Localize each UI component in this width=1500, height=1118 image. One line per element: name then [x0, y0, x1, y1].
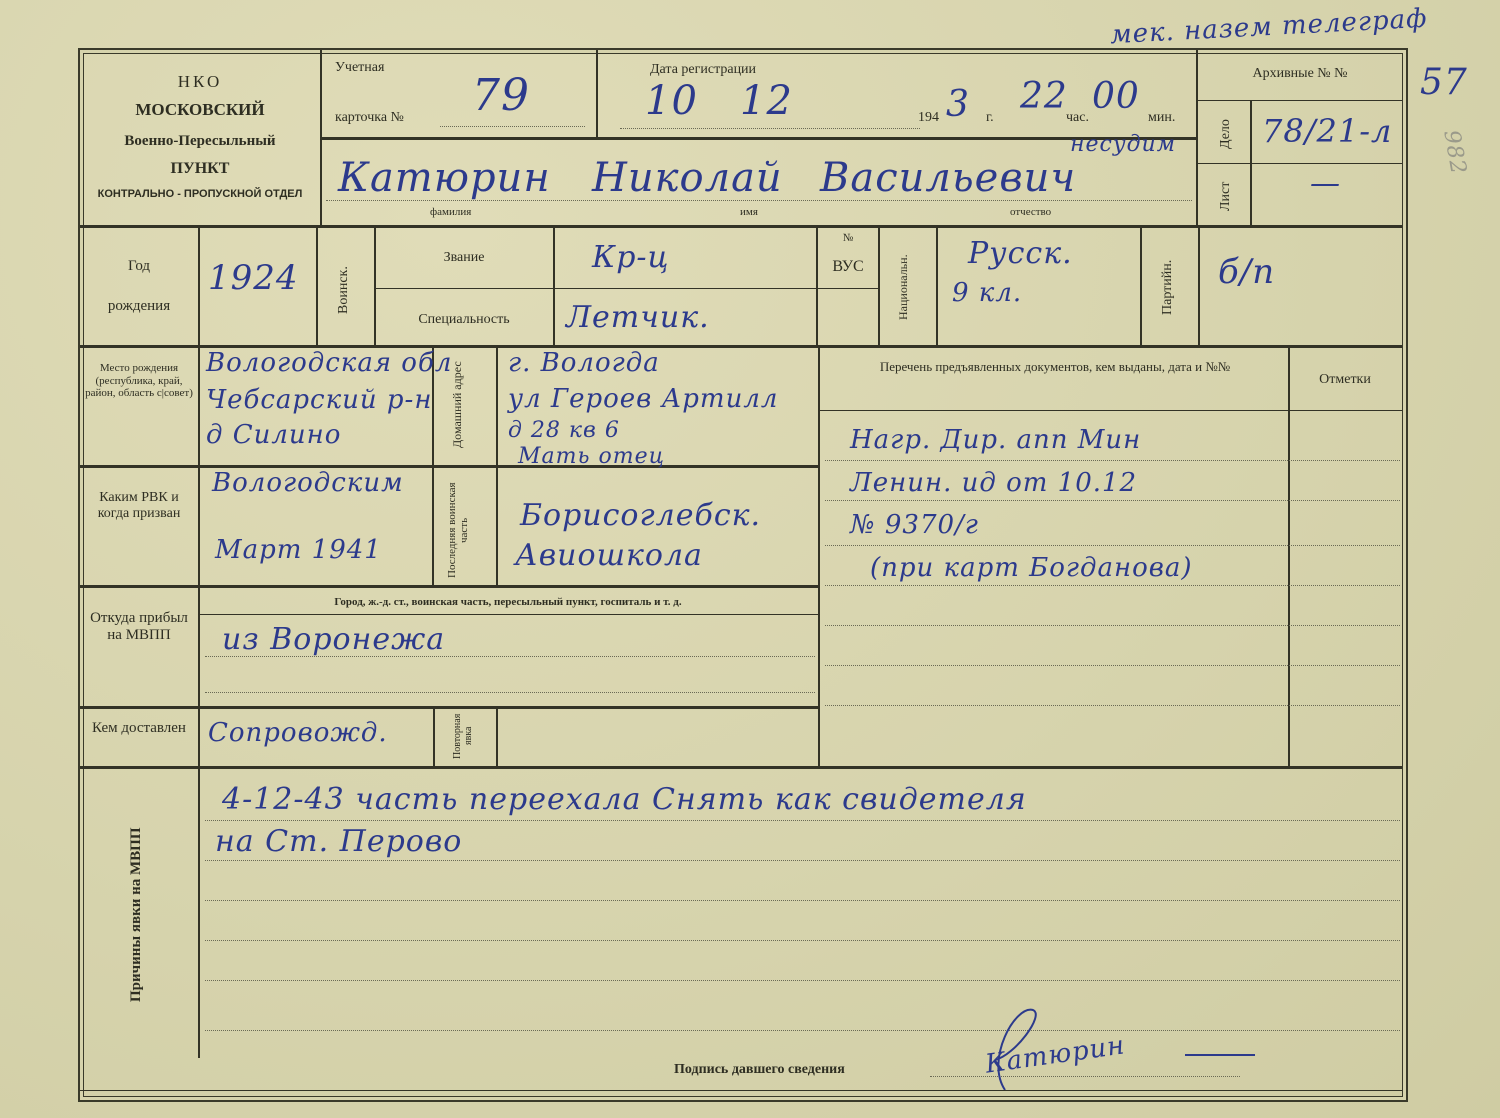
documents-line-1: Нагр. Дир. апп Мин [850, 425, 1141, 455]
documents-line-4: (при карт Богданова) [870, 553, 1193, 583]
reasons-label: Причины явки на МВПП [128, 800, 145, 1030]
delivered-value: Сопровожд. [208, 718, 388, 748]
year-prefix: 194 [918, 110, 939, 126]
first-name: Николай [592, 155, 783, 201]
org-dept: КОНТРАЛЬНО - ПРОПУСКНОЙ ОТДЕЛ [82, 188, 318, 201]
military-label: Воинск. [336, 240, 352, 340]
org-nko: НКО [82, 72, 318, 92]
last-unit-line-2: Авиошкола [515, 538, 703, 573]
card-number: 79 [472, 70, 530, 121]
patronymic-label: отчество [1010, 206, 1051, 219]
patronymic: Васильевич [820, 155, 1076, 201]
reason-line-2: на Ст. Перово [215, 824, 462, 859]
surname: Катюрин [338, 155, 551, 201]
hour-value: 22 [1020, 76, 1068, 117]
card-label-2: карточка № [335, 110, 404, 126]
hour-unit: час. [1066, 110, 1089, 126]
minute-value: 00 [1092, 76, 1140, 117]
home-address-line-4: Мать отец [518, 444, 665, 469]
delo-label: Дело [1218, 110, 1234, 158]
arrived-label: Откуда прибыл на МВПП [82, 610, 196, 645]
name-label: имя [740, 206, 758, 219]
year-unit: г. [986, 110, 994, 126]
education-value: 9 кл. [952, 278, 1022, 308]
documents-label: Перечень предъявленных документов, кем в… [830, 360, 1280, 375]
vus-no: № [818, 232, 878, 245]
nationality-label: Национальн. [896, 232, 911, 342]
pencil-number: 982 [1438, 128, 1470, 177]
list-label: Лист [1218, 172, 1234, 220]
birth-year-label-1: Год [80, 258, 198, 275]
repeat-label: Повторная явка [452, 710, 474, 762]
rank-label: Звание [376, 250, 552, 266]
vus-label: ВУС [818, 258, 878, 276]
year-suffix: 3 [946, 84, 970, 125]
reg-day: 10 [645, 78, 698, 124]
card-label-1: Учетная [335, 60, 384, 76]
drafted-value: Март 1941 [215, 535, 382, 565]
rvk-value: Вологодским [212, 468, 404, 498]
arrived-hint: Город, ж.-д. ст., воинская часть, пересы… [200, 596, 816, 609]
birthplace-line-2: Чебсарский р-н [206, 385, 432, 415]
arrived-value: из Воронежа [222, 622, 445, 657]
specialty-value: Летчик. [566, 300, 710, 335]
org-transit: Военно-Пересыльный [82, 133, 318, 150]
documents-line-3: № 9370/г [850, 510, 979, 540]
reg-month: 12 [740, 78, 793, 124]
birth-year: 1924 [208, 258, 299, 298]
org-punkt: ПУНКТ [82, 160, 318, 178]
margin-note-top: мек. назем телеграф [1109, 4, 1428, 51]
birthplace-label: Место рождения (республика, край, район,… [82, 362, 196, 400]
nationality-value: Русск. [968, 236, 1073, 271]
signature-flourish-icon [975, 1000, 1265, 1100]
home-address-line-3: д 28 кв 6 [508, 418, 620, 443]
home-address-label: Домашний адрес [450, 355, 465, 455]
surname-label: фамилия [430, 206, 471, 219]
home-address-line-2: ул Героев Артилл [508, 384, 778, 414]
margin-number: 57 [1420, 62, 1468, 103]
rvk-label: Каким РВК и когда призван [82, 490, 196, 522]
marks-label: Отметки [1290, 372, 1400, 388]
home-address-line-1: г. Вологда [508, 348, 660, 378]
rank-value: Кр-ц [592, 240, 670, 275]
reason-line-1: 4-12-43 часть переехала Снять как свидет… [222, 782, 1027, 817]
org-moscow: МОСКОВСКИЙ [82, 100, 318, 120]
party-label: Партийн. [1160, 232, 1176, 342]
last-unit-label: Последняя воинская часть [446, 480, 470, 580]
archive-label: Архивные № № [1198, 66, 1402, 82]
delo-value: 78/21-л [1262, 112, 1392, 150]
minute-unit: мин. [1148, 110, 1175, 126]
party-value: б/п [1218, 252, 1275, 292]
documents-line-2: Ленин. ид от 10.12 [850, 468, 1137, 498]
birthplace-line-3: д Силино [206, 420, 341, 450]
birthplace-line-1: Вологодская обл [206, 348, 452, 378]
last-unit-line-1: Борисоглебск. [520, 498, 761, 533]
signature-label: Подпись давшего сведения [674, 1062, 845, 1078]
criminal-note: несудим [1070, 132, 1176, 157]
reg-date-label: Дата регистрации [650, 62, 756, 78]
birth-year-label-2: рождения [80, 298, 198, 315]
specialty-label: Специальность [376, 312, 552, 328]
list-value: — [1310, 166, 1341, 201]
delivered-label: Кем доставлен [82, 720, 196, 737]
